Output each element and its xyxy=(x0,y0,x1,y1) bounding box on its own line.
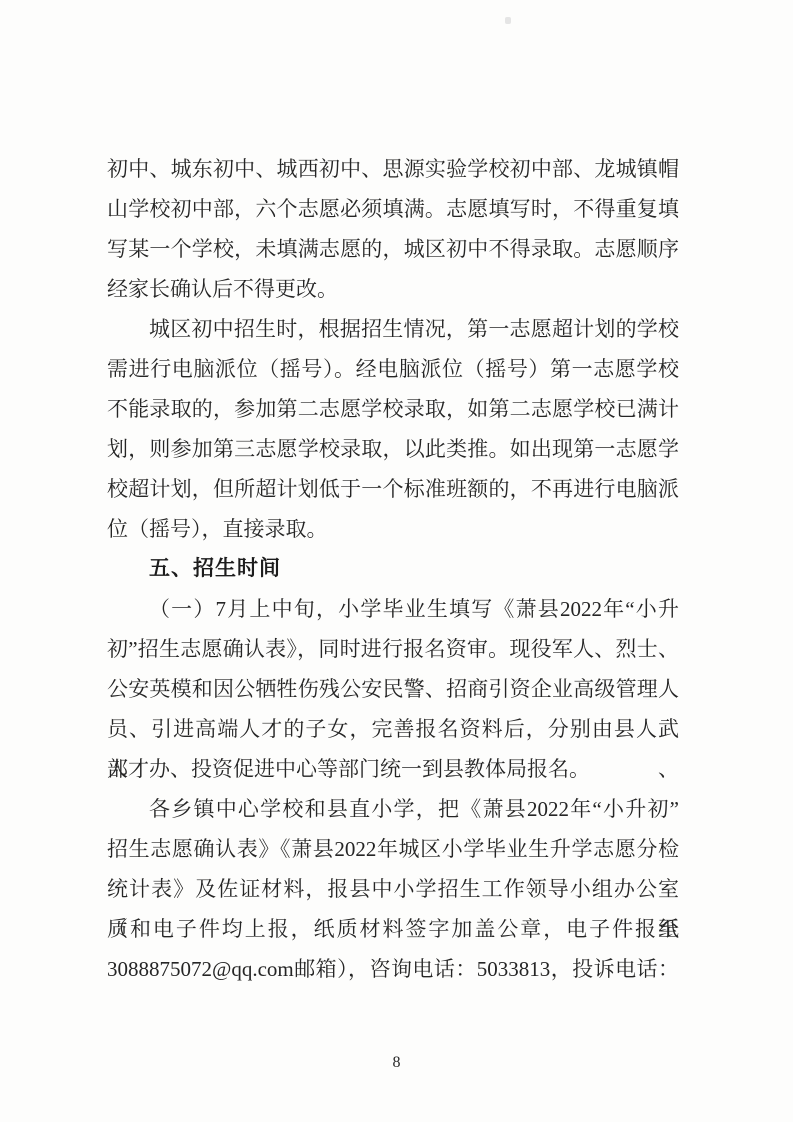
page-number: 8 xyxy=(0,1054,793,1072)
text-block: 初中、城东初中、城西初中、思源实验学校初中部、龙城镇帽 山学校初中部，六个志愿必… xyxy=(107,149,679,989)
scan-artifact xyxy=(505,17,511,24)
paragraph-line: 招生志愿确认表》《萧县2022年城区小学毕业生升学志愿分检 xyxy=(107,829,679,869)
paragraph-line: 公安英模和因公牺牲伤残公安民警、招商引资企业高级管理人 xyxy=(107,669,679,709)
paragraph-line: 3088875072@qq.com邮箱），咨询电话：5033813，投诉电话： xyxy=(107,949,679,989)
paragraph-line: 城区初中招生时，根据招生情况，第一志愿超计划的学校 xyxy=(107,309,679,349)
paragraph-line: 统计表》及佐证材料，报县中小学招生工作领导小组办公室（纸 xyxy=(107,869,679,909)
paragraph-line: 写某一个学校，未填满志愿的，城区初中不得录取。志愿顺序 xyxy=(107,229,679,269)
paragraph-line: 员、引进高端人才的子女，完善报名资料后，分别由县人武部、 xyxy=(107,709,679,749)
section-heading: 五、招生时间 xyxy=(107,549,679,589)
document-page: 初中、城东初中、城西初中、思源实验学校初中部、龙城镇帽 山学校初中部，六个志愿必… xyxy=(0,0,793,1122)
paragraph-line: 山学校初中部，六个志愿必须填满。志愿填写时，不得重复填 xyxy=(107,189,679,229)
paragraph-line: 经家长确认后不得更改。 xyxy=(107,269,679,309)
paragraph-line: 校超计划，但所超计划低于一个标准班额的，不再进行电脑派 xyxy=(107,469,679,509)
paragraph-line: 划，则参加第三志愿学校录取，以此类推。如出现第一志愿学 xyxy=(107,429,679,469)
paragraph-line: 位（摇号），直接录取。 xyxy=(107,509,679,549)
paragraph-line: 各乡镇中心学校和县直小学，把《萧县2022年“小升初” xyxy=(107,789,679,829)
paragraph-line: 不能录取的，参加第二志愿学校录取，如第二志愿学校已满计 xyxy=(107,389,679,429)
paragraph-line: 初中、城东初中、城西初中、思源实验学校初中部、龙城镇帽 xyxy=(107,149,679,189)
paragraph-line: 初”招生志愿确认表》，同时进行报名资审。现役军人、烈士、 xyxy=(107,629,679,669)
paragraph-line: 质和电子件均上报，纸质材料签字加盖公章，电子件报至 xyxy=(107,909,679,949)
paragraph-line: （一）7月上中旬，小学毕业生填写《萧县2022年“小升 xyxy=(107,589,679,629)
paragraph-line: 需进行电脑派位（摇号）。经电脑派位（摇号）第一志愿学校 xyxy=(107,349,679,389)
